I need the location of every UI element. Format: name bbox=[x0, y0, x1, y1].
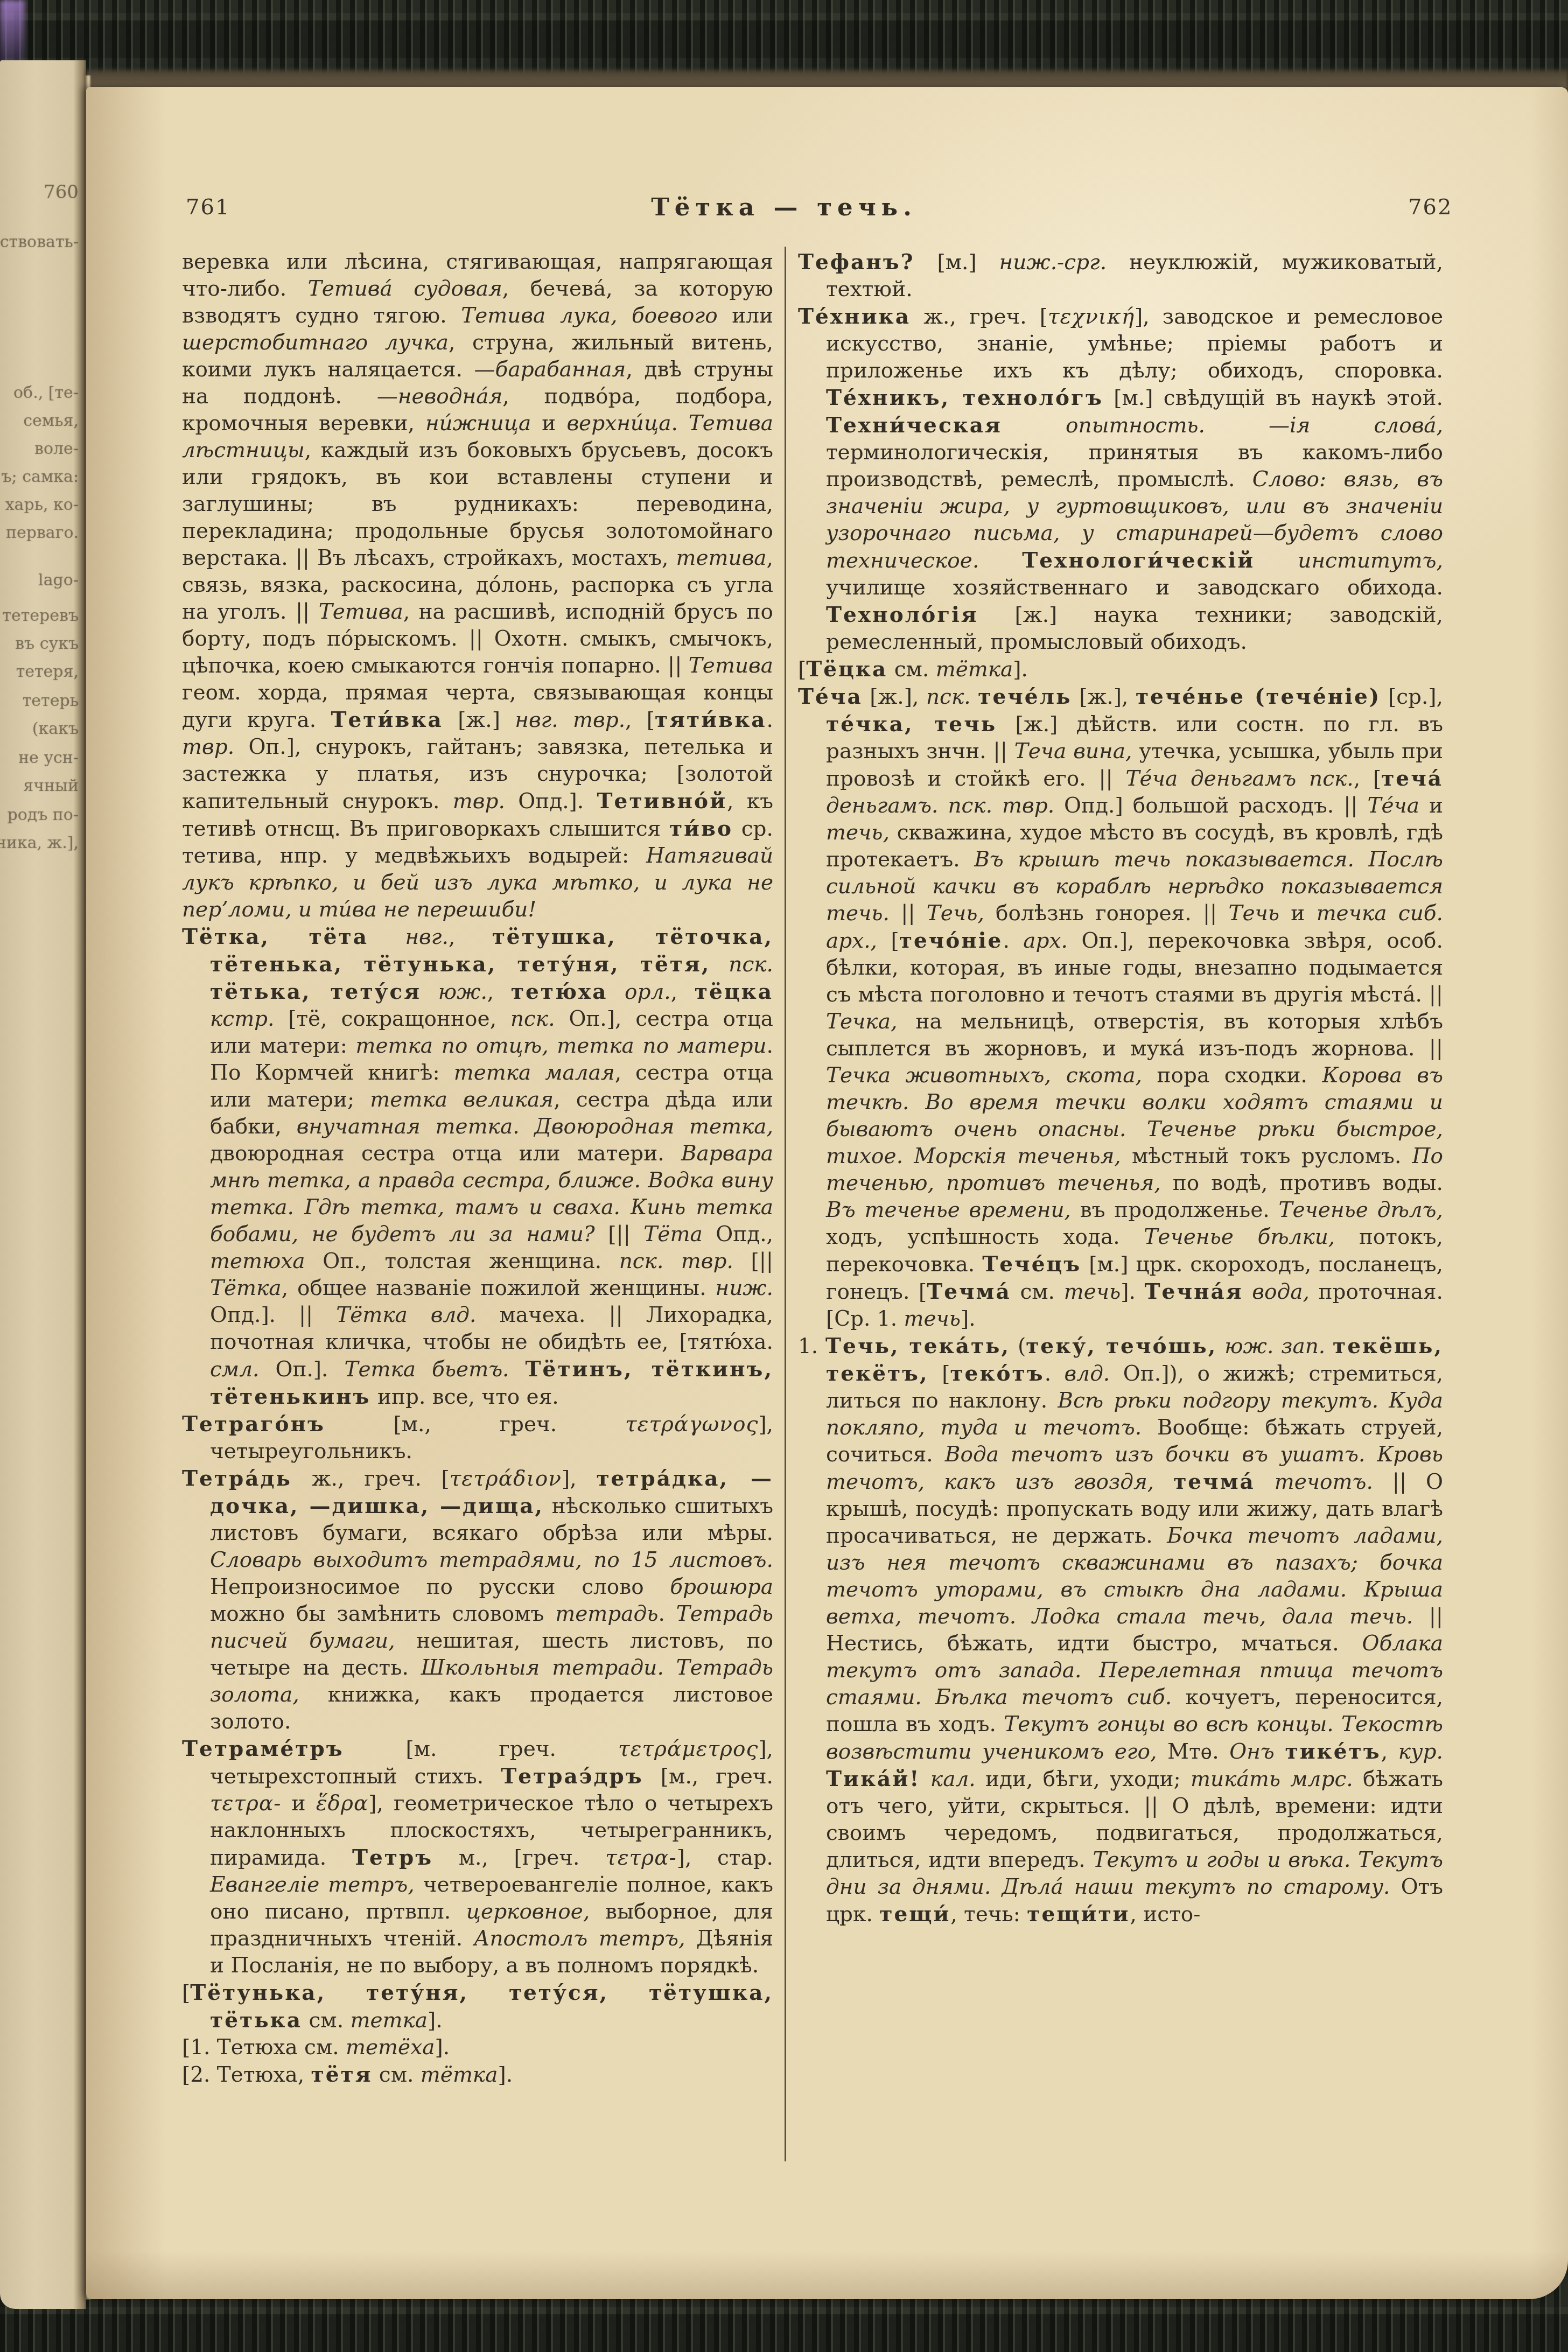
prev-page-text-fragment: не усн- bbox=[18, 748, 79, 767]
book-fore-edge bbox=[86, 68, 1568, 89]
book-page: 761 Тётка — течь. 762 веревка или лѣсина… bbox=[86, 87, 1568, 2299]
text-column-right: Тефанъ? [м.] ниж.-срг. неуклюжій, мужико… bbox=[798, 249, 1443, 1928]
prev-page-text-fragment: ъ; самка: bbox=[2, 467, 79, 486]
text-column-left: веревка или лѣсина, стягивающая, напряга… bbox=[182, 249, 773, 2089]
dictionary-entry: [2. Тетюха, тётя см. тётка]. bbox=[182, 2061, 773, 2089]
dictionary-entry: Те́ча [ж.], пск. тече́ль [ж.], тече́нье … bbox=[798, 683, 1443, 1333]
prev-page-text-fragment: перваго. bbox=[6, 523, 79, 542]
dictionary-entry: Тётка, тёта нвг., тётушка, тёточка, тёте… bbox=[182, 923, 773, 1411]
prev-page-text-fragment: тетеревъ bbox=[2, 606, 79, 625]
dictionary-entry: Тетраме́тръ [м. греч. τετράμετρος], четы… bbox=[182, 1735, 773, 1979]
dictionary-entry: 1. Течь, тека́ть, (теку́, течо́шь, юж. з… bbox=[798, 1333, 1443, 1928]
dictionary-entry: Тетра́дь ж., греч. [τετράδιον], тетра́дк… bbox=[182, 1465, 773, 1735]
prev-page-text-fragment: въ сукъ bbox=[15, 634, 79, 653]
prev-page-text-fragment: -ника, ж.], bbox=[0, 834, 79, 852]
photo-of-dictionary-page: { "header": { "left_page_number": "761",… bbox=[0, 0, 1568, 2352]
prev-page-text-fragment: ствовать- bbox=[0, 233, 79, 251]
prev-page-text-fragment: (какъ bbox=[32, 719, 79, 738]
prev-page-text-fragment: ячный bbox=[23, 776, 79, 795]
dictionary-entry: Те́хника ж., греч. [τεχνική], заводское … bbox=[798, 303, 1443, 656]
column-divider-rule bbox=[785, 247, 786, 2161]
dictionary-entry: [Тётунька, тету́ня, тету́ся, тётушка, тё… bbox=[182, 1979, 773, 2034]
prev-page-text-fragment: семья, bbox=[23, 411, 79, 430]
dictionary-entry: Тетраго́нъ [м., греч. τετράγωνος], четыр… bbox=[182, 1411, 773, 1465]
prev-page-text-fragment: тетеря, bbox=[16, 662, 79, 681]
dictionary-entry: [1. Тетюха см. тетёха]. bbox=[182, 2034, 773, 2061]
prev-page-text-fragment: lago- bbox=[38, 571, 79, 590]
dictionary-entry: Тефанъ? [м.] ниж.-срг. неуклюжій, мужико… bbox=[798, 249, 1443, 303]
page-number-right: 762 bbox=[1408, 195, 1452, 220]
prev-page-text-fragment: родъ по- bbox=[7, 806, 79, 824]
prev-page-text-fragment: тетерь bbox=[23, 691, 79, 710]
prev-page-text-fragment: об., [те- bbox=[13, 383, 79, 402]
running-head-title: Тётка — течь. bbox=[86, 193, 1482, 221]
prev-page-text-fragment: воле- bbox=[34, 439, 79, 458]
dictionary-entry: веревка или лѣсина, стягивающая, напряга… bbox=[182, 249, 773, 923]
prev-page-text-fragment: харь, ко- bbox=[5, 495, 79, 514]
prev-page-edge: 760 ствовать-об., [те-семья,воле-ъ; самк… bbox=[0, 60, 86, 2309]
prev-page-number: 760 bbox=[44, 181, 79, 203]
dictionary-entry: [Тёцка см. тётка]. bbox=[798, 656, 1443, 683]
